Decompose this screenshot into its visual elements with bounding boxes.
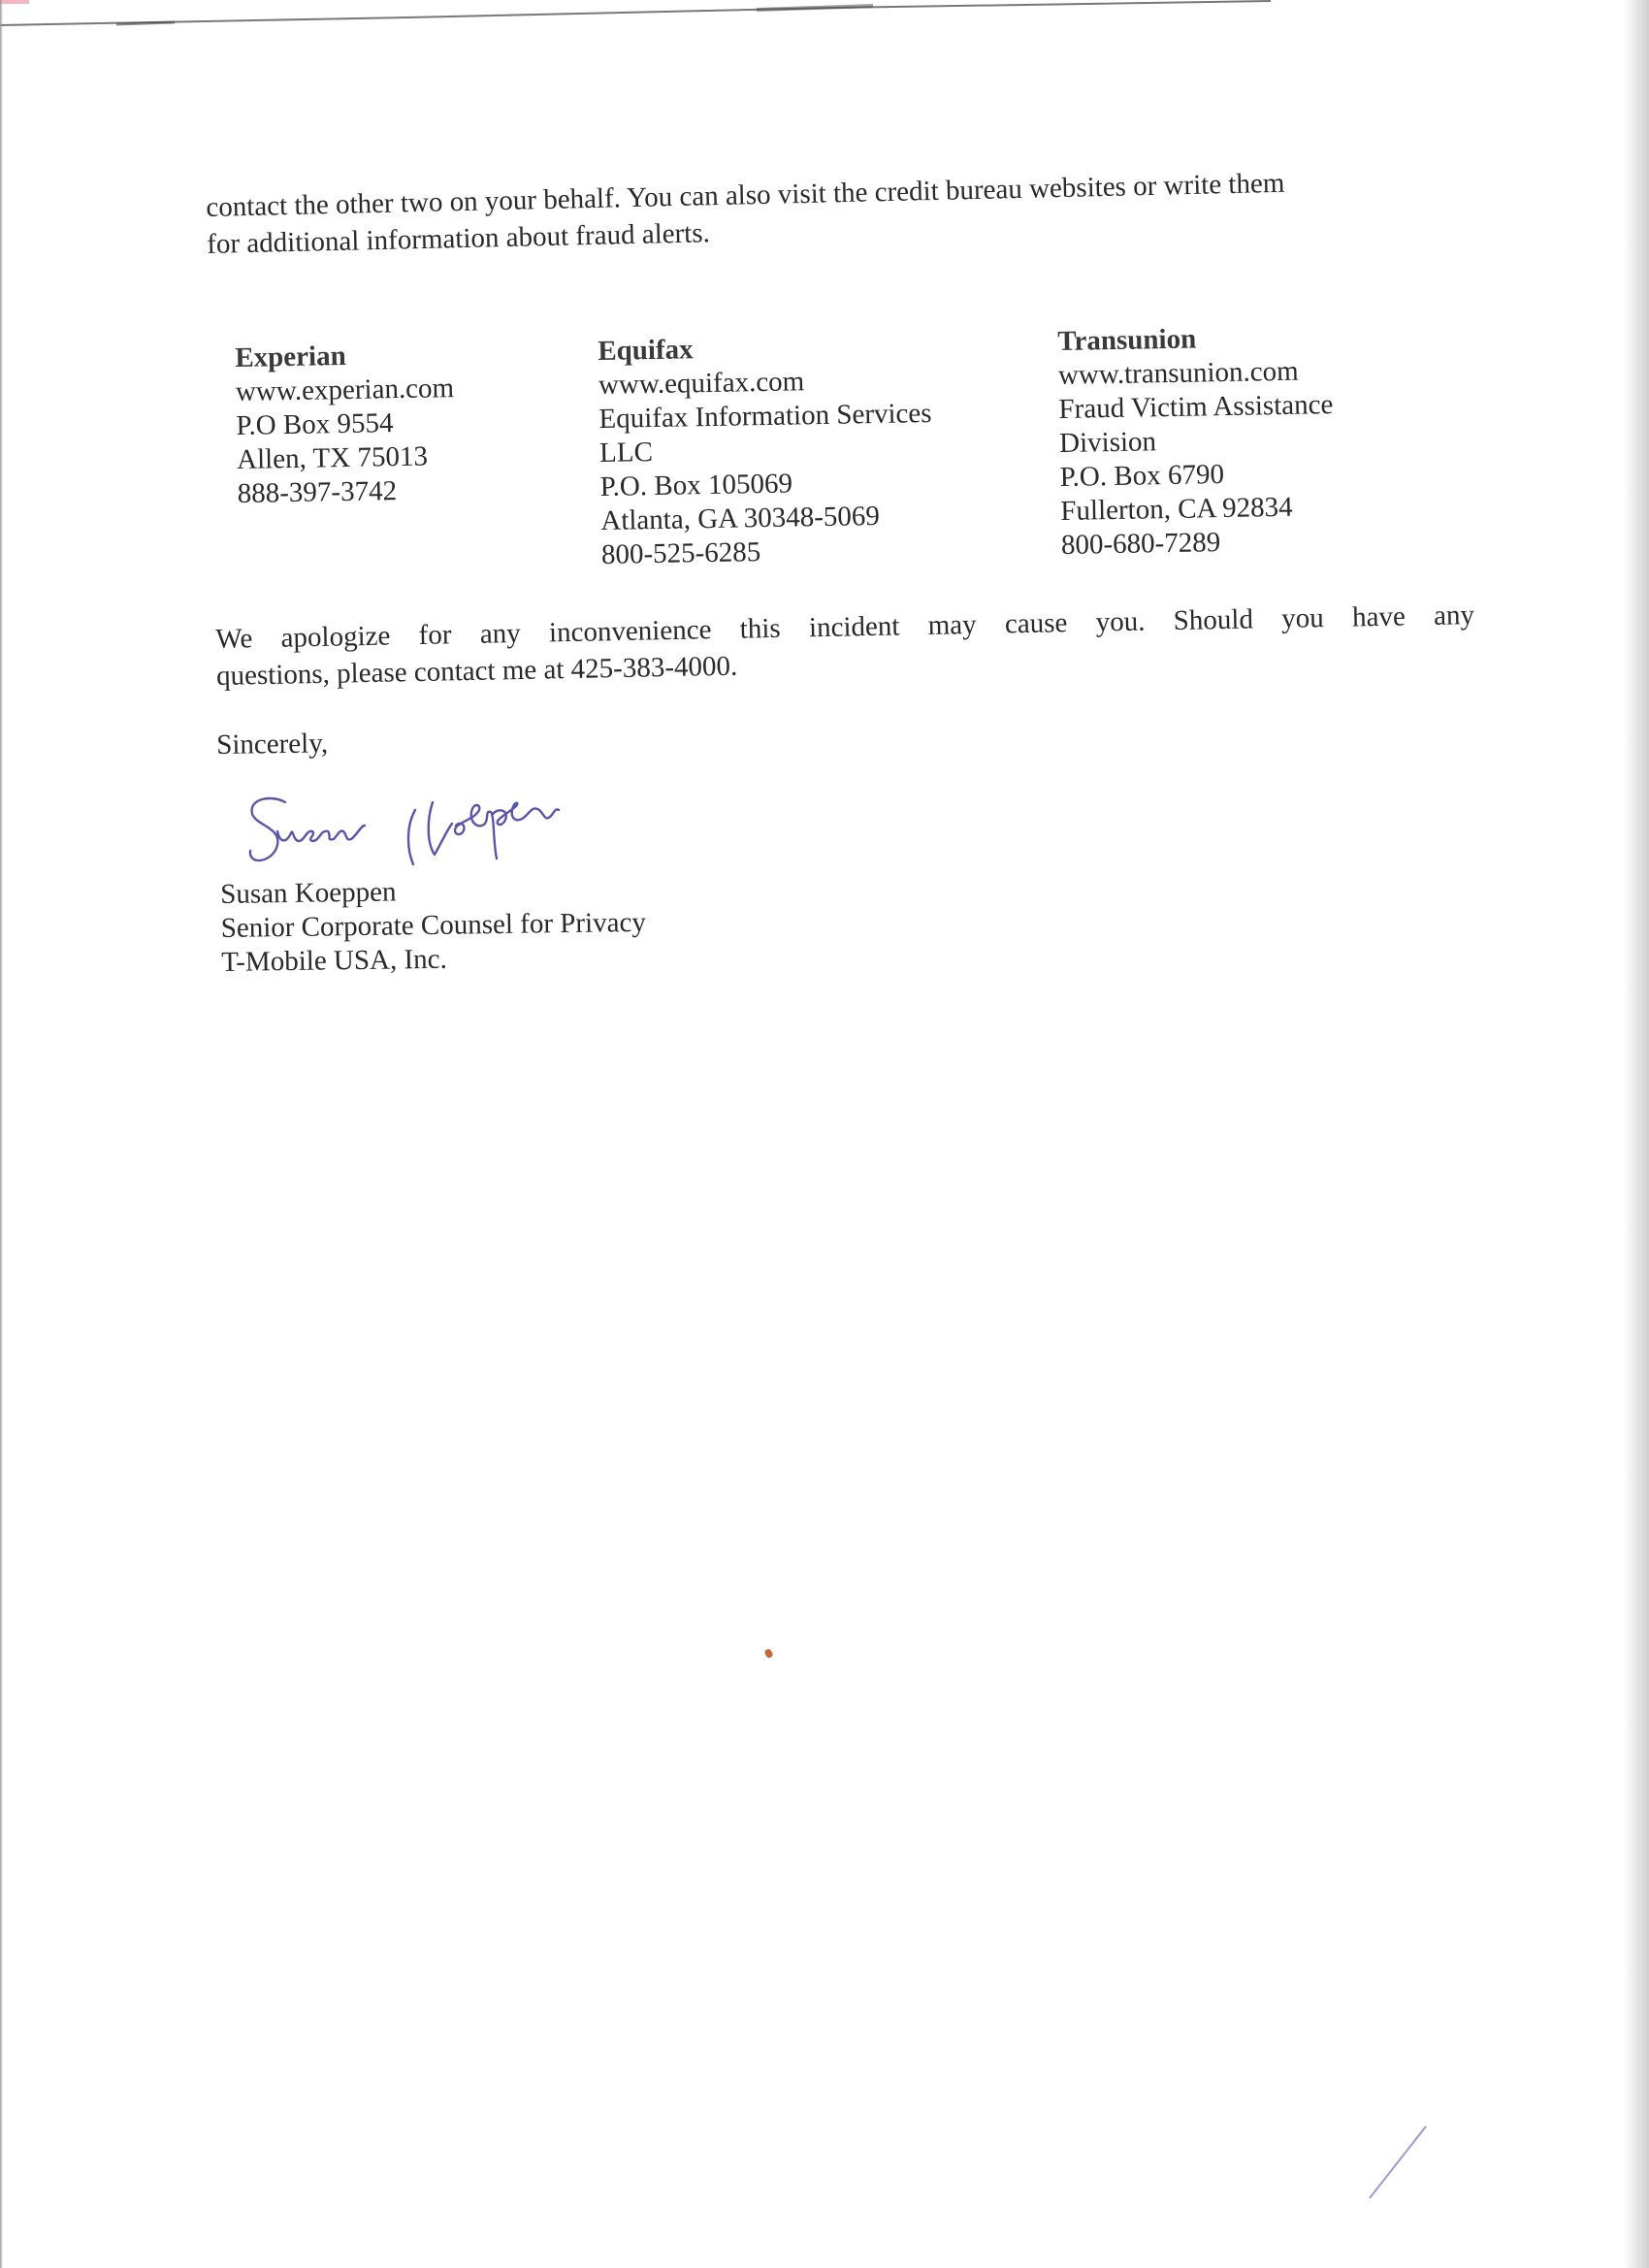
signatory-title: Senior Corporate Counsel for Privacy — [220, 906, 646, 946]
bureau-address-line: LLC — [599, 431, 933, 470]
word: incident — [809, 607, 900, 646]
bureau-address-line: Atlanta, GA 30348-5069 — [600, 499, 934, 538]
bureau-experian: Experian www.experian.com P.O Box 9554 A… — [235, 338, 456, 511]
bureau-phone: 800-525-6285 — [601, 533, 935, 572]
word: inconvenience — [549, 611, 712, 651]
bureau-phone: 800-680-7289 — [1061, 524, 1336, 563]
signature-block: Susan Koeppen Senior Corporate Counsel f… — [220, 872, 647, 980]
word: any — [479, 615, 521, 653]
word: Should — [1173, 600, 1253, 639]
bureau-address-line: Fullerton, CA 92834 — [1060, 490, 1335, 529]
handwritten-signature — [242, 781, 660, 878]
bureau-address-line: Fraud Victim Assistance — [1058, 388, 1333, 427]
bureau-address-line: Equifax Information Services — [598, 397, 932, 437]
word: this — [739, 610, 781, 648]
bureau-address-line: P.O. Box 6790 — [1059, 456, 1334, 495]
bureau-address-line: Allen, TX 75013 — [237, 439, 456, 477]
bureau-address-line: P.O Box 9554 — [236, 405, 455, 443]
word: you. — [1095, 603, 1145, 641]
bureau-address-line: Division — [1059, 422, 1334, 461]
word: any — [1434, 597, 1475, 634]
word: We — [215, 620, 253, 658]
bureau-name: Experian — [235, 338, 454, 375]
bureau-phone: 888-397-3742 — [237, 473, 456, 511]
word: you — [1281, 599, 1324, 637]
word: cause — [1005, 604, 1068, 642]
closing-salutation: Sincerely, — [216, 728, 328, 761]
intro-paragraph: contact the other two on your behalf. Yo… — [206, 165, 1286, 263]
bureau-website: www.equifax.com — [598, 363, 932, 403]
bureau-name: Transunion — [1057, 320, 1332, 359]
bureau-address-line: P.O. Box 105069 — [599, 465, 933, 504]
bureau-website: www.experian.com — [236, 372, 455, 409]
letter-page: contact the other two on your behalf. Yo… — [0, 0, 1649, 2268]
apology-paragraph: We apologize for any inconvenience this … — [215, 597, 1475, 695]
word: apologize — [280, 618, 390, 657]
word: have — [1352, 598, 1406, 635]
word: may — [927, 606, 977, 644]
signatory-company: T-Mobile USA, Inc. — [221, 940, 647, 980]
bureau-name: Equifax — [598, 329, 931, 369]
bureau-equifax: Equifax www.equifax.com Equifax Informat… — [598, 329, 934, 572]
bureau-website: www.transunion.com — [1058, 354, 1333, 393]
bureau-transunion: Transunion www.transunion.com Fraud Vict… — [1057, 320, 1336, 563]
word: for — [418, 616, 452, 654]
